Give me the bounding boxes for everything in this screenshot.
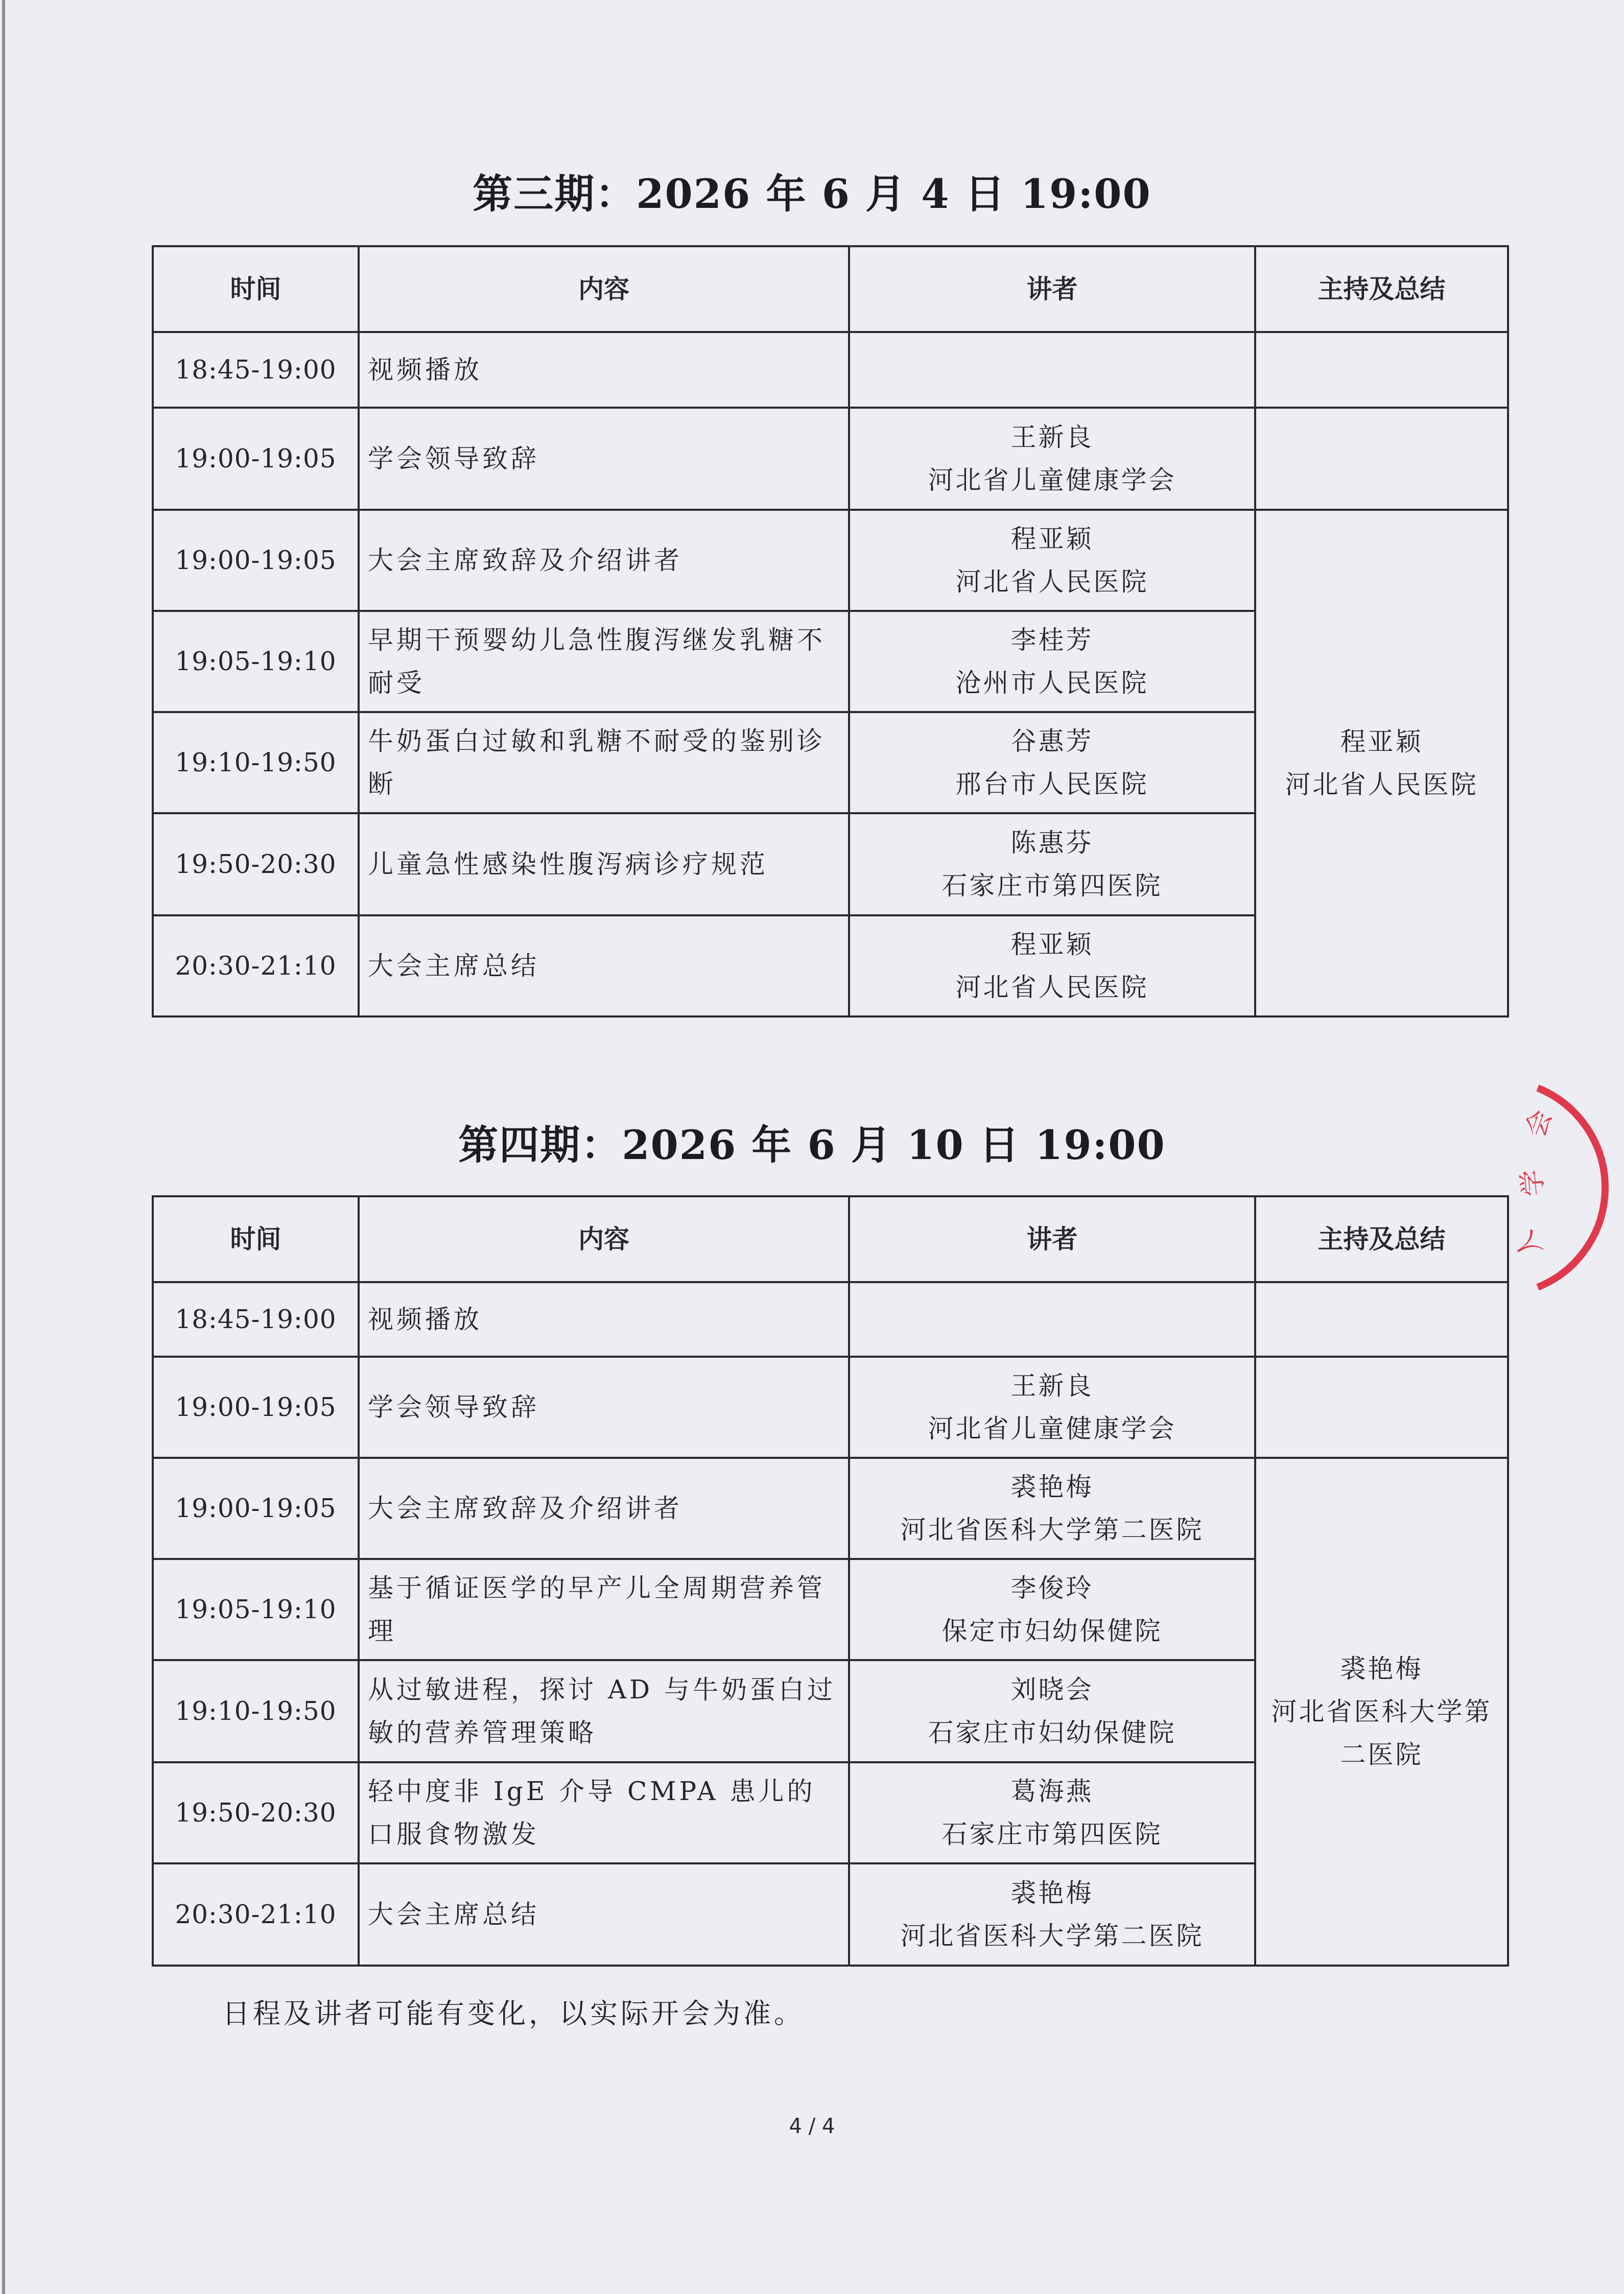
header-time: 时间 bbox=[153, 1196, 359, 1282]
row-speaker: 裘艳梅 河北省医科大学第二医院 bbox=[849, 1863, 1255, 1966]
row-speaker: 王新良 河北省儿童健康学会 bbox=[849, 408, 1255, 510]
row-speaker: 陈惠芬 石家庄市第四医院 bbox=[849, 813, 1255, 915]
speaker-org: 邢台市人民医院 bbox=[858, 763, 1246, 806]
speaker-name: 王新良 bbox=[858, 416, 1246, 459]
table-row: 19:00-19:05 大会主席致辞及介绍讲者 裘艳梅 河北省医科大学第二医院 … bbox=[153, 1458, 1508, 1559]
row-content: 轻中度非 IgE 介导 CMPA 患儿的口服食物激发 bbox=[359, 1762, 849, 1863]
row-time: 19:00-19:05 bbox=[153, 1458, 359, 1559]
speaker-name: 裘艳梅 bbox=[858, 1465, 1246, 1508]
speaker-name: 谷惠芳 bbox=[858, 720, 1246, 763]
row-content: 早期干预婴幼儿急性腹泻继发乳糖不耐受 bbox=[359, 611, 849, 712]
speaker-org: 河北省儿童健康学会 bbox=[858, 459, 1246, 502]
speaker-org: 河北省人民医院 bbox=[858, 560, 1246, 603]
session-title-3: 第三期：2026 年 6 月 4 日 19:00 bbox=[0, 162, 1624, 220]
page-number: 4 / 4 bbox=[0, 2115, 1624, 2138]
row-time: 19:00-19:05 bbox=[153, 510, 359, 611]
row-content: 大会主席致辞及介绍讲者 bbox=[359, 1458, 849, 1559]
row-time: 19:50-20:30 bbox=[153, 1762, 359, 1863]
row-content: 大会主席总结 bbox=[359, 915, 849, 1016]
row-time: 19:05-19:10 bbox=[153, 611, 359, 712]
host-name: 程亚颖 bbox=[1264, 720, 1499, 763]
row-host-empty bbox=[1255, 1357, 1508, 1458]
speaker-org: 河北省儿童健康学会 bbox=[858, 1407, 1246, 1450]
row-content: 视频播放 bbox=[359, 332, 849, 408]
row-content: 牛奶蛋白过敏和乳糖不耐受的鉴别诊断 bbox=[359, 712, 849, 813]
row-time: 20:30-21:10 bbox=[153, 915, 359, 1016]
host-org: 河北省医科大学第二医院 bbox=[1264, 1690, 1499, 1776]
speaker-name: 程亚颖 bbox=[858, 923, 1246, 966]
row-content: 从过敏进程，探讨 AD 与牛奶蛋白过敏的营养管理策略 bbox=[359, 1660, 849, 1762]
row-content: 儿童急性感染性腹泻病诊疗规范 bbox=[359, 813, 849, 915]
row-time: 19:00-19:05 bbox=[153, 408, 359, 510]
row-time: 18:45-19:00 bbox=[153, 332, 359, 408]
row-time: 19:05-19:10 bbox=[153, 1559, 359, 1660]
row-speaker: 谷惠芳 邢台市人民医院 bbox=[849, 712, 1255, 813]
host-cell: 程亚颖 河北省人民医院 bbox=[1255, 510, 1508, 1016]
row-speaker: 程亚颖 河北省人民医院 bbox=[849, 915, 1255, 1016]
row-speaker: 裘艳梅 河北省医科大学第二医院 bbox=[849, 1458, 1255, 1559]
speaker-name: 程亚颖 bbox=[858, 517, 1246, 560]
header-host: 主持及总结 bbox=[1255, 246, 1508, 332]
row-content: 学会领导致辞 bbox=[359, 408, 849, 510]
table-header-row: 时间 内容 讲者 主持及总结 bbox=[153, 246, 1508, 332]
row-time: 19:50-20:30 bbox=[153, 813, 359, 915]
host-cell: 裘艳梅 河北省医科大学第二医院 bbox=[1255, 1458, 1508, 1966]
header-content: 内容 bbox=[359, 246, 849, 332]
row-time: 20:30-21:10 bbox=[153, 1863, 359, 1966]
row-time: 19:00-19:05 bbox=[153, 1357, 359, 1458]
host-org: 河北省人民医院 bbox=[1264, 763, 1499, 806]
svg-text:人: 人 bbox=[1509, 1225, 1548, 1263]
speaker-name: 裘艳梅 bbox=[858, 1872, 1246, 1914]
row-time: 18:45-19:00 bbox=[153, 1282, 359, 1357]
row-content: 大会主席总结 bbox=[359, 1863, 849, 1966]
speaker-org: 石家庄市妇幼保健院 bbox=[858, 1711, 1246, 1754]
speaker-org: 保定市妇幼保健院 bbox=[858, 1610, 1246, 1652]
speaker-name: 陈惠芬 bbox=[858, 821, 1246, 864]
official-seal-stamp: 会 学 人 bbox=[1466, 1083, 1624, 1297]
header-content: 内容 bbox=[359, 1196, 849, 1282]
speaker-org: 石家庄市第四医院 bbox=[858, 1813, 1246, 1856]
speaker-name: 李俊玲 bbox=[858, 1567, 1246, 1610]
table-row: 19:00-19:05 学会领导致辞 王新良 河北省儿童健康学会 bbox=[153, 1357, 1508, 1458]
row-content: 视频播放 bbox=[359, 1282, 849, 1357]
row-content: 学会领导致辞 bbox=[359, 1357, 849, 1458]
row-speaker bbox=[849, 1282, 1255, 1357]
svg-text:学: 学 bbox=[1517, 1168, 1549, 1197]
row-host-empty bbox=[1255, 332, 1508, 408]
speaker-org: 河北省人民医院 bbox=[858, 966, 1246, 1009]
row-speaker: 刘晓会 石家庄市妇幼保健院 bbox=[849, 1660, 1255, 1762]
speaker-org: 河北省医科大学第二医院 bbox=[858, 1508, 1246, 1551]
row-speaker: 程亚颖 河北省人民医院 bbox=[849, 510, 1255, 611]
row-speaker: 李俊玲 保定市妇幼保健院 bbox=[849, 1559, 1255, 1660]
row-speaker: 葛海燕 石家庄市第四医院 bbox=[849, 1762, 1255, 1863]
header-speaker: 讲者 bbox=[849, 1196, 1255, 1282]
svg-text:会: 会 bbox=[1520, 1106, 1558, 1141]
row-time: 19:10-19:50 bbox=[153, 712, 359, 813]
header-time: 时间 bbox=[153, 246, 359, 332]
session-title-4: 第四期：2026 年 6 月 10 日 19:00 bbox=[0, 1114, 1624, 1171]
host-name: 裘艳梅 bbox=[1264, 1647, 1499, 1690]
row-speaker: 李桂芳 沧州市人民医院 bbox=[849, 611, 1255, 712]
row-host-empty bbox=[1255, 408, 1508, 510]
schedule-table-session-3: 时间 内容 讲者 主持及总结 18:45-19:00 视频播放 19:00-19… bbox=[152, 245, 1509, 1018]
schedule-change-note: 日程及讲者可能有变化，以实际开会为准。 bbox=[222, 1992, 805, 2031]
table-row: 18:45-19:00 视频播放 bbox=[153, 332, 1508, 408]
speaker-name: 王新良 bbox=[858, 1364, 1246, 1407]
speaker-org: 沧州市人民医院 bbox=[858, 661, 1246, 704]
table-header-row: 时间 内容 讲者 主持及总结 bbox=[153, 1196, 1508, 1282]
schedule-table-session-4: 时间 内容 讲者 主持及总结 18:45-19:00 视频播放 19:00-19… bbox=[152, 1195, 1509, 1967]
table-row: 18:45-19:00 视频播放 bbox=[153, 1282, 1508, 1357]
table-row: 19:00-19:05 大会主席致辞及介绍讲者 程亚颖 河北省人民医院 程亚颖 … bbox=[153, 510, 1508, 611]
speaker-name: 葛海燕 bbox=[858, 1770, 1246, 1813]
speaker-org: 石家庄市第四医院 bbox=[858, 864, 1246, 907]
speaker-org: 河北省医科大学第二医院 bbox=[858, 1914, 1246, 1957]
table-row: 19:00-19:05 学会领导致辞 王新良 河北省儿童健康学会 bbox=[153, 408, 1508, 510]
row-time: 19:10-19:50 bbox=[153, 1660, 359, 1762]
row-speaker bbox=[849, 332, 1255, 408]
speaker-name: 刘晓会 bbox=[858, 1668, 1246, 1711]
header-speaker: 讲者 bbox=[849, 246, 1255, 332]
speaker-name: 李桂芳 bbox=[858, 619, 1246, 661]
row-content: 基于循证医学的早产儿全周期营养管理 bbox=[359, 1559, 849, 1660]
row-content: 大会主席致辞及介绍讲者 bbox=[359, 510, 849, 611]
row-speaker: 王新良 河北省儿童健康学会 bbox=[849, 1357, 1255, 1458]
